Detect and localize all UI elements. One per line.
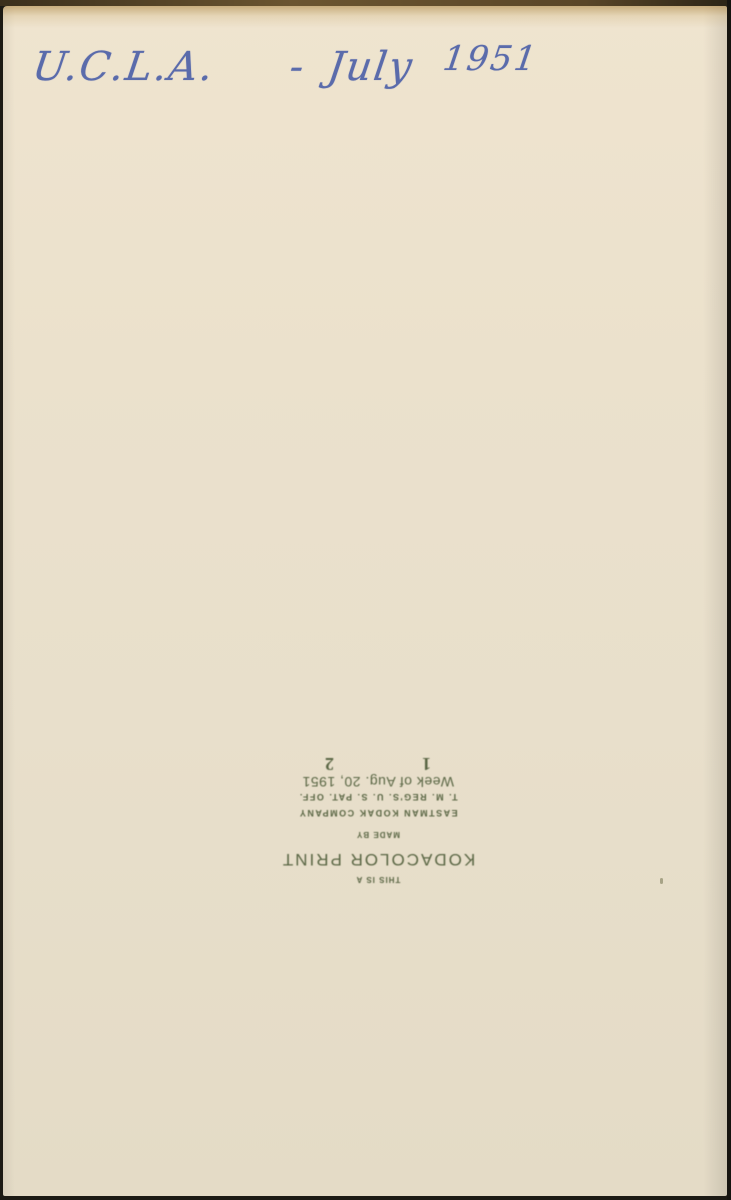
stamp-this-is: THIS IS A <box>253 875 503 884</box>
handwritten-place: U.C.L.A. <box>30 44 218 90</box>
stamp-week: Week of Aug. 20, 1951 <box>253 774 503 790</box>
right-edge-shadow <box>727 0 731 1200</box>
print-card: U.C.L.A. - July 1951 THIS IS A KODACOLOR… <box>3 6 727 1196</box>
handwritten-month: July <box>325 44 417 90</box>
stamp-made-by: MADE BY <box>253 830 503 839</box>
handwritten-year: 1951 <box>440 39 540 79</box>
handwritten-separator: - <box>287 44 309 90</box>
stamp-marks: 1 2 <box>253 753 503 774</box>
top-edge-shadow <box>0 0 731 6</box>
stamp-trademark: T. M. REG'S. U. S. PAT. OFF. <box>253 792 503 802</box>
stamp-mark-2: 2 <box>325 753 334 774</box>
stamp-company: EASTMAN KODAK COMPANY <box>253 808 503 818</box>
photo-back-background: U.C.L.A. - July 1951 THIS IS A KODACOLOR… <box>0 0 731 1200</box>
paper-speck <box>660 878 663 884</box>
stamp-product: KODACOLOR PRINT <box>253 849 503 869</box>
kodacolor-stamp: THIS IS A KODACOLOR PRINT MADE BY EASTMA… <box>253 718 503 888</box>
handwritten-caption: U.C.L.A. - July 1951 <box>30 44 540 90</box>
stamp-mark-1: 1 <box>422 753 431 774</box>
